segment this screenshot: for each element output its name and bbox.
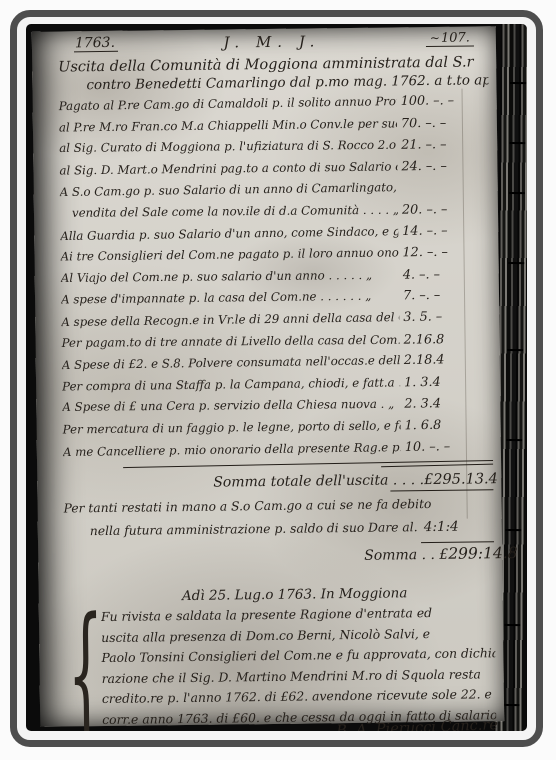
sum-underline	[390, 489, 493, 491]
page-edge-tick	[504, 624, 520, 626]
entry-amount: 2.18.4	[400, 352, 492, 368]
folio-value: 107.	[441, 31, 470, 46]
entry-amount: 3. 5. –	[399, 309, 491, 325]
page-edge-tick	[507, 349, 523, 351]
entry-amount: 10. –. –	[401, 438, 493, 454]
ledger-row: al Sig. Curato di Moggiona p. l'ufiziatu…	[59, 137, 489, 163]
final-sum-label: Somma . . £	[364, 547, 448, 564]
entry-text: Al Viajo del Com.ne p. suo salario d'un …	[61, 267, 399, 284]
manuscript-page: 1763. J. M. J. ~107. Uscita della Comuni…	[32, 26, 504, 727]
carry-underline	[421, 541, 494, 543]
entry-amount: 100. –. –	[397, 93, 489, 109]
entry-text: vendita del Sale come la nov.ile di d.a …	[60, 203, 398, 220]
book-scan: 1763. J. M. J. ~107. Uscita della Comuni…	[26, 24, 527, 731]
carry-amount: 4:1:4	[424, 518, 494, 535]
entry-amount: 21. –. –	[397, 137, 489, 153]
closing-date: Adì 25. Lug.o 1763. In Moggiona	[95, 584, 495, 605]
page-edge-tick	[509, 142, 525, 144]
closing-brace: {	[67, 603, 105, 731]
photo-frame: 1763. J. M. J. ~107. Uscita della Comuni…	[10, 10, 543, 747]
carry-line-2: nella futura amministrazione p. saldo di…	[64, 520, 424, 538]
manuscript-scan-1763: { "page": { "year": "1763.", "monogram":…	[0, 0, 556, 760]
header-monogram: J. M. J.	[118, 31, 426, 53]
entry-amount: 4. –. –	[399, 267, 491, 283]
page-edge-tick	[508, 262, 524, 264]
entry-amount: 14. –. –	[398, 222, 490, 238]
closing-lines: Fu rivista e saldata la presente Ragione…	[101, 604, 496, 731]
total-rule-short	[381, 464, 493, 468]
entry-text: al Sig. Curato di Moggiona p. l'ufiziatu…	[59, 138, 397, 155]
ledger-row: Al Viajo del Com.ne p. suo salario d'un …	[61, 267, 491, 293]
entry-text: Per pagam.to di tre annate di Livello de…	[62, 332, 400, 349]
ledger-row: A Spese di £ una Cera p. servizio della …	[62, 396, 492, 422]
entry-amount: 24. –. –	[397, 158, 489, 174]
ledger-entries: Pagato al P.re Cam.go di Camaldoli p. il…	[59, 93, 493, 465]
entry-amount	[398, 190, 490, 191]
entry-amount: 1. 6.8	[401, 417, 493, 433]
entry-amount: 2. 3.4	[400, 396, 492, 412]
page-edge-tick	[510, 82, 526, 84]
entry-amount: 7. –. –	[399, 288, 491, 304]
closing-paragraph: { Fu rivista e saldata la presente Ragio…	[65, 604, 496, 731]
closing-section: Adì 25. Lug.o 1763. In Moggiona { Fu riv…	[65, 584, 497, 731]
header-year: 1763.	[74, 35, 118, 53]
entry-text: A Spese di £ una Cera p. servizio della …	[62, 397, 400, 414]
title-line-2-text: contro Benedetti Camarlingo dal p.mo mag…	[86, 72, 488, 93]
carry-line-1: Per tanti restati in mano a S.o Cam.go a…	[64, 496, 494, 515]
entry-text: Pagato al P.re Cam.go di Camaldoli p. il…	[59, 94, 397, 113]
entry-amount: 70. –. –	[397, 115, 489, 131]
page-edge-tick	[505, 529, 521, 531]
page-content: 1763. J. M. J. ~107. Uscita della Comuni…	[58, 30, 496, 724]
final-sum-row: Somma . . £ 299:14.8	[64, 544, 494, 567]
entry-amount: 1. 3.4	[400, 374, 492, 390]
sum-total-amount: £295.13.4	[424, 471, 498, 488]
flourish-mark: ~	[430, 31, 440, 45]
entry-amount: 12. –. –	[398, 244, 490, 260]
sum-total-label: Somma totale dell'uscita . . . .	[213, 472, 424, 491]
title-line-2: contro Benedetti Camarlingo dal p.mo mag…	[86, 72, 488, 93]
entry-amount: 2.16.8	[399, 331, 491, 347]
page-edge-tick	[506, 439, 522, 441]
page-edge-tick	[509, 192, 525, 194]
folio-number: ~107.	[426, 30, 474, 47]
entry-amount: 20. –. –	[398, 202, 490, 218]
page-edge-tick	[504, 704, 520, 706]
final-sum-amount: 299:14.8	[448, 544, 518, 563]
